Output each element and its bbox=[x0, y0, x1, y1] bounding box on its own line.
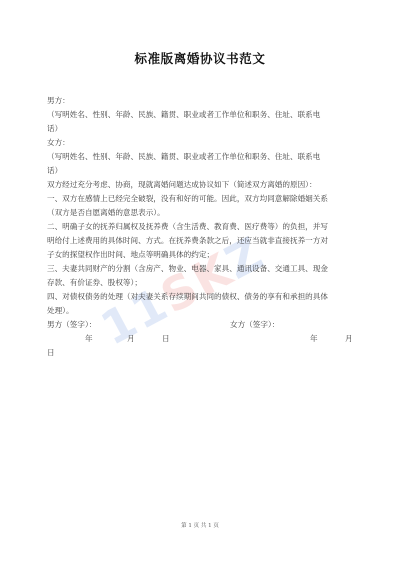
male-party-instructions-cont: 话） bbox=[47, 122, 343, 136]
document-title: 标准版离婚协议书范文 bbox=[0, 49, 400, 67]
clause-4-cont: 处理）。 bbox=[47, 304, 343, 318]
female-signature-label: 女方（签字）： bbox=[230, 318, 279, 332]
male-party-instructions: （写明姓名、性别、年龄、民族、籍贯、职业或者工作单位和职务、住址、联系电 bbox=[47, 108, 343, 122]
document-body: 男方： （写明姓名、性别、年龄、民族、籍贯、职业或者工作单位和职务、住址、联系电… bbox=[47, 94, 343, 360]
clause-3: 三、夫妻共同财产的分割（含房产、物业、电器、家具、通讯设备、交通工具、现金 bbox=[47, 262, 343, 276]
clause-3-cont: 存款、有价证券、股权等）； bbox=[47, 276, 343, 290]
clause-2-cont-2: 子女的探望权作出时间、地点等明确具体的约定； bbox=[47, 248, 343, 262]
female-date-day: 日 bbox=[47, 346, 55, 360]
date-row: 年 月 日 年 月 bbox=[47, 332, 343, 346]
page-number-footer: 第 1 页 共 1 页 bbox=[0, 521, 400, 529]
male-date-day: 日 bbox=[162, 332, 170, 346]
male-party-label: 男方： bbox=[47, 94, 343, 108]
female-date-year: 年 bbox=[310, 332, 318, 346]
document-page: 11SKZ 标准版离婚协议书范文 男方： （写明姓名、性别、年龄、民族、籍贯、职… bbox=[0, 0, 400, 565]
female-party-instructions-cont: 话） bbox=[47, 164, 343, 178]
male-signature-label: 男方（签字）： bbox=[47, 318, 96, 332]
male-date-year: 年 bbox=[85, 332, 93, 346]
clause-1-cont: （双方是否自愿离婚的意思表示）。 bbox=[47, 206, 343, 220]
male-date-month: 月 bbox=[127, 332, 135, 346]
clause-2-cont-1: 明给付上述费用的具体时间、方式。在抚养费条款之后，还应当就非直接抚养一方对 bbox=[47, 234, 343, 248]
date-row-wrap: 日 bbox=[47, 346, 343, 360]
signature-row: 男方（签字）： 女方（签字）： bbox=[47, 318, 343, 332]
female-party-label: 女方： bbox=[47, 136, 343, 150]
clause-2: 二、明确子女的抚养归属权及抚养费（含生活费、教育费、医疗费等）的负担，并写 bbox=[47, 220, 343, 234]
clause-4: 四、对债权债务的处理（对夫妻关系存续期间共同的债权、债务的享有和承担的具体 bbox=[47, 290, 343, 304]
clause-1: 一、双方在感情上已经完全破裂，没有和好的可能。因此，双方均同意解除婚姻关系 bbox=[47, 192, 343, 206]
female-date-month: 月 bbox=[345, 332, 353, 346]
agreement-intro: 双方经过充分考虑、协商，现就离婚问题达成协议如下（简述双方离婚的原因）： bbox=[47, 178, 343, 192]
female-party-instructions: （写明姓名、性别、年龄、民族、籍贯、职业或者工作单位和职务、住址、联系电 bbox=[47, 150, 343, 164]
